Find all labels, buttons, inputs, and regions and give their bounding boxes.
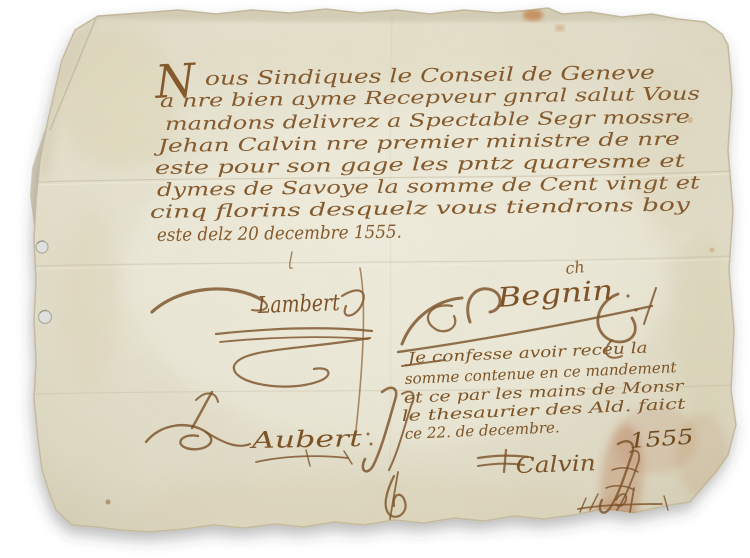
receipt-year: 1555 xyxy=(629,425,695,453)
manuscript-line-8: este delz 20 decembre 1555. xyxy=(157,222,402,246)
manuscript-canvas: N ous Sindiques le Conseil de Geneve a n… xyxy=(0,0,750,558)
signature-aubert: Aubert xyxy=(249,426,363,454)
signature-calvin: Calvin xyxy=(515,451,596,479)
signature-lambert: Lambert xyxy=(256,290,340,319)
manuscript-photo: N ous Sindiques le Conseil de Geneve a n… xyxy=(0,0,750,558)
begnin-flourish-mark: ch xyxy=(564,257,585,278)
